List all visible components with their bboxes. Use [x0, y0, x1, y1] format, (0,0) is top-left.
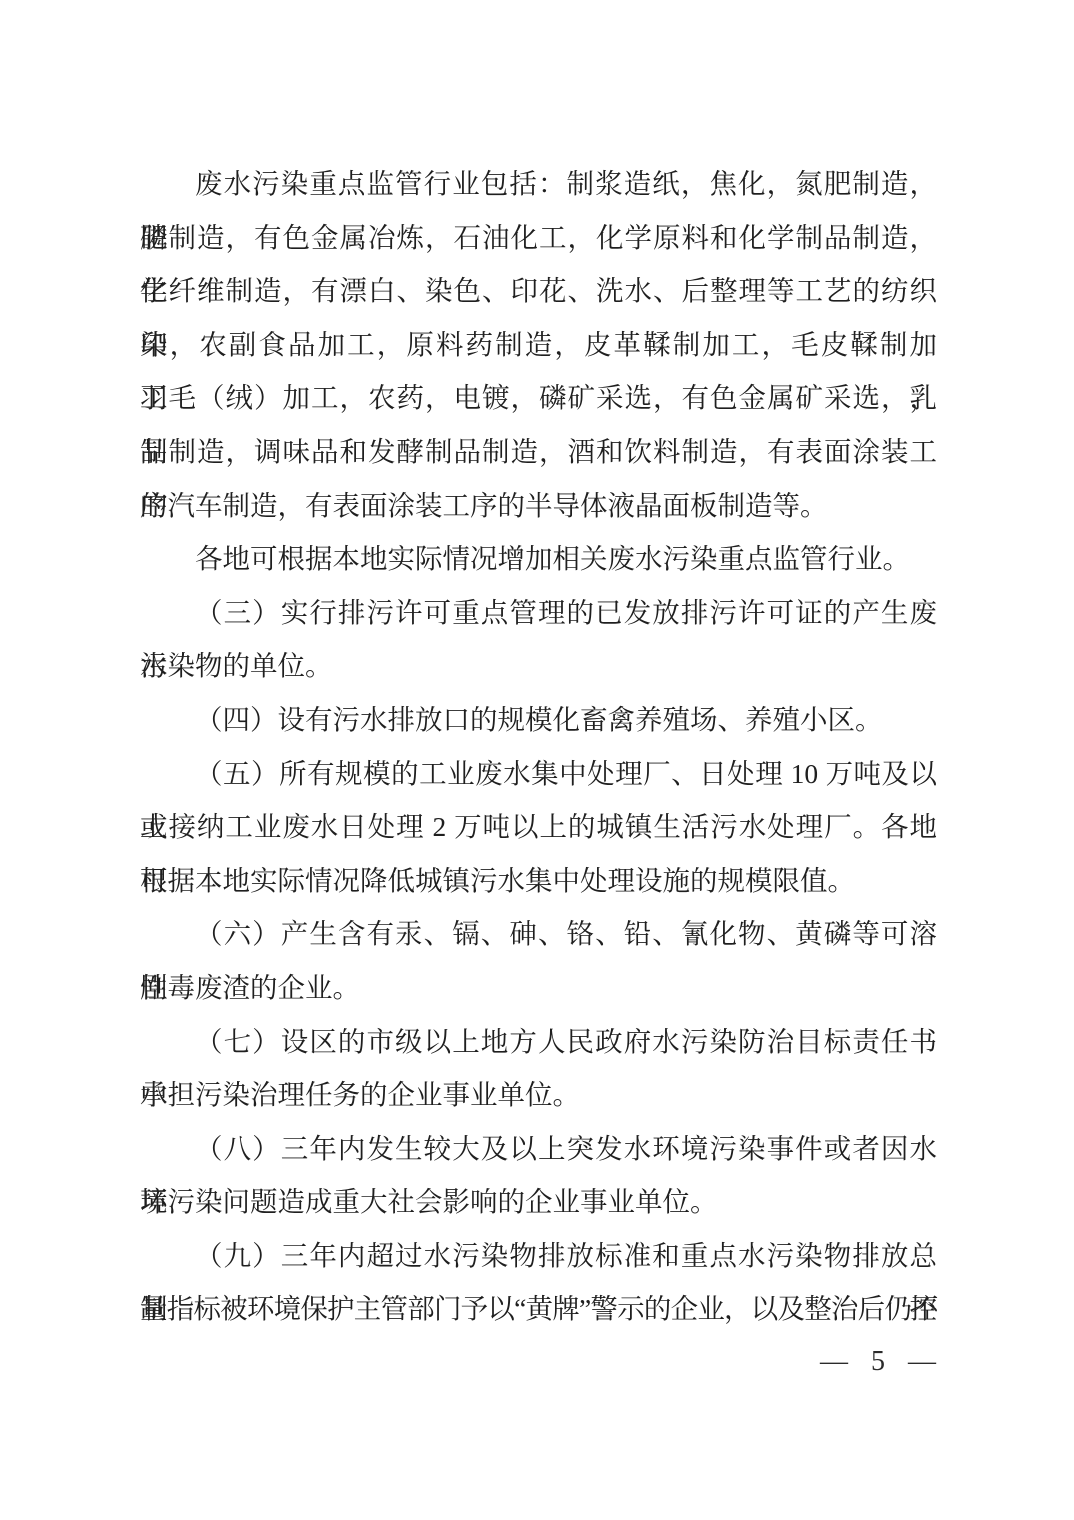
text-line: 承担污染治理任务的企业事业单位。 [140, 1068, 937, 1122]
text-line: 根据本地实际情况降低城镇污水集中处理设施的规模限值。 [140, 854, 937, 908]
page-number: — 5 — [820, 1345, 937, 1379]
text-line: 羽毛（绒）加工，农药，电镀，磷矿采选，有色金属矿采选，乳制 [140, 371, 937, 425]
text-line: 或接纳工业废水日处理 2 万吨以上的城镇生活污水处理厂。各地可 [140, 800, 937, 854]
document-page: 废水污染重点监管行业包括：制浆造纸，焦化，氮肥制造，磷 肥制造，有色金属冶炼，石… [0, 0, 1074, 1520]
text-line: 学纤维制造，有漂白、染色、印花、洗水、后整理等工艺的纺织印 [140, 264, 937, 318]
text-line: 肥制造，有色金属冶炼，石油化工，化学原料和化学制品制造，化 [140, 211, 937, 265]
text-line: （五）所有规模的工业废水集中处理厂、日处理 10 万吨及以上 [140, 747, 937, 801]
text-line: （九）三年内超过水污染物排放标准和重点水污染物排放总量控 [140, 1229, 937, 1283]
text-line: 剧毒废渣的企业。 [140, 961, 937, 1015]
text-line: （七）设区的市级以上地方人民政府水污染防治目标责任书中 [140, 1015, 937, 1069]
text-line: 各地可根据本地实际情况增加相关废水污染重点监管行业。 [140, 532, 937, 586]
text-line: （八）三年内发生较大及以上突发水环境污染事件或者因水环 [140, 1122, 937, 1176]
text-line: 的汽车制造，有表面涂装工序的半导体液晶面板制造等。 [140, 479, 937, 533]
text-line: 境污染问题造成重大社会影响的企业事业单位。 [140, 1175, 937, 1229]
text-line: 染，农副食品加工，原料药制造，皮革鞣制加工，毛皮鞣制加工， [140, 318, 937, 372]
text-line: （三）实行排污许可重点管理的已发放排污许可证的产生废水 [140, 586, 937, 640]
text-line: 制指标被环境保护主管部门予以“黄牌”警示的企业，以及整治后仍不 [140, 1282, 937, 1336]
document-body: 废水污染重点监管行业包括：制浆造纸，焦化，氮肥制造，磷 肥制造，有色金属冶炼，石… [140, 157, 937, 1336]
text-line: 品制造，调味品和发酵制品制造，酒和饮料制造，有表面涂装工序 [140, 425, 937, 479]
text-line: 污染物的单位。 [140, 639, 937, 693]
text-line: （四）设有污水排放口的规模化畜禽养殖场、养殖小区。 [140, 693, 937, 747]
text-line: （六）产生含有汞、镉、砷、铬、铅、氰化物、黄磷等可溶性 [140, 907, 937, 961]
text-line: 废水污染重点监管行业包括：制浆造纸，焦化，氮肥制造，磷 [140, 157, 937, 211]
